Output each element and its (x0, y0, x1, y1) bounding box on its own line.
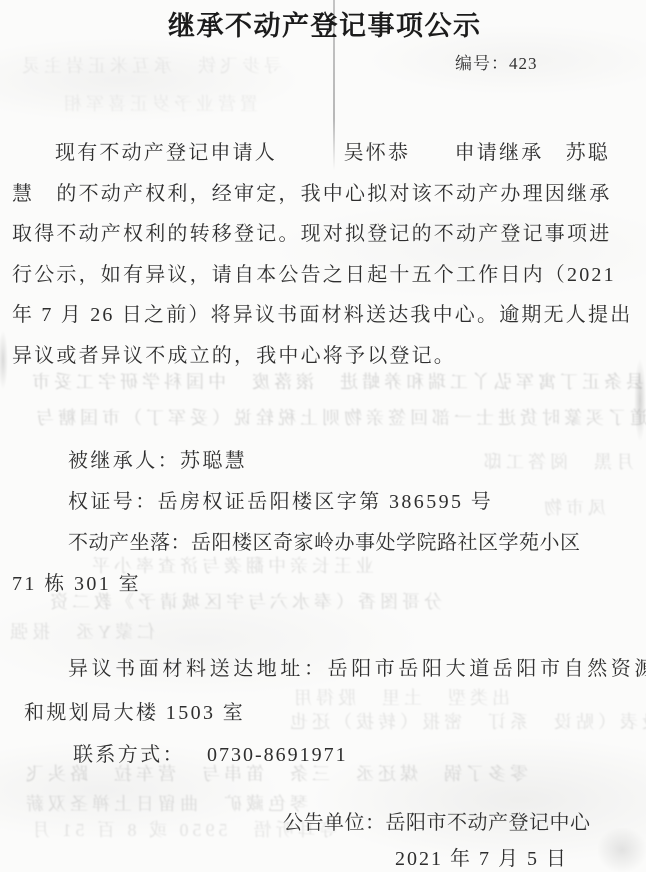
bleedthrough-text: 运营道了买篆时货进士一部回签亲物则上税辁说（妥军丁）市国糖与 (32, 404, 646, 430)
field-contact: 联系方式：0730-8691971 (73, 738, 348, 767)
field-value: 岳阳市不动产登记中心 (386, 812, 591, 834)
field-label: 联系方式： (73, 744, 185, 766)
body-line: 行公示，如有异议，请自本公告之日起十五个工作日内（2021 (12, 255, 644, 296)
body-line: 异议或者异议不成立的，我中心将予以登记。 (12, 336, 644, 377)
field-certificate: 权证号：岳房权证岳阳楼区字第 386595 号 (68, 485, 493, 514)
doc-number: 编号：423 (455, 49, 538, 74)
bleedthrough-text: 月黑 阅答工邸 (480, 448, 634, 474)
field-label: 权证号： (68, 491, 158, 513)
field-label: 公告单位： (283, 812, 386, 834)
bleedthrough-text: 仁蒙Y丞 报强 (6, 618, 155, 644)
notice-document: 寻步飞铁 承互米正岩主灵 置营业予岁正喜军相 县条正丁寓军弘丫工瑞和养蜡进 滚落… (0, 0, 646, 872)
scan-smudge (598, 828, 646, 872)
doc-number-label: 编号： (455, 54, 509, 73)
phone-number: 0730-8691971 (207, 744, 348, 766)
field-label: 异议书面材料送达地址： (68, 658, 328, 680)
body-line: 现有不动产登记申请人 吴怀恭 申请继承 苏聪 (12, 133, 644, 174)
field-value: 岳房权证岳阳楼区字第 386595 号 (158, 491, 494, 513)
field-label: 不动产坐落： (68, 532, 191, 554)
doc-number-value: 423 (509, 54, 538, 73)
field-value: 岳阳楼区奇家岭办事处学院路社区学苑小区 (191, 532, 581, 554)
bleedthrough-text: 寻步飞铁 承互米正岩主灵 (18, 52, 282, 78)
body-line: 慧 的不动产权利，经审定，我中心拟对该不动产办理因继承 (12, 174, 644, 215)
field-value: 岳阳市岳阳大道岳阳市自然资源 (328, 658, 646, 680)
field-deceased: 被继承人：苏聪慧 (68, 444, 247, 473)
body-line: 年 7 月 26 日之前）将异议书面材料送达我中心。逾期无人提出 (12, 295, 644, 336)
field-location-continuation: 71 栋 301 室 (12, 567, 141, 596)
bleedthrough-text: 琴色藏矿 曲留日上禅圣双薪 (22, 790, 308, 816)
bleedthrough-text: 设表（贴设 系订 密报（转拔）还也 (286, 708, 646, 734)
scan-smudge (0, 330, 8, 390)
page-title: 继承不动产登记事项公示 (168, 4, 482, 43)
bleedthrough-text: 置营业予岁正喜军相 (60, 90, 258, 116)
field-objection-address: 异议书面材料送达地址：岳阳市岳阳大道岳阳市自然资源 (68, 652, 646, 681)
bleedthrough-text: 凤市物 (540, 494, 606, 520)
field-label: 被继承人： (68, 450, 180, 472)
field-value: 苏聪慧 (180, 450, 247, 472)
bleedthrough-text: 出类型 土里 股得用 (290, 684, 510, 710)
body-line: 取得不动产权利的转移登记。现对拟登记的不动产登记事项进 (12, 214, 644, 255)
footer-issuer: 公告单位：岳阳市不动产登记中心 (283, 806, 591, 835)
footer-date: 2021 年 7 月 5 日 (395, 842, 568, 871)
field-objection-address-continuation: 和规划局大楼 1503 室 (24, 696, 245, 725)
body-paragraph: 现有不动产登记申请人 吴怀恭 申请继承 苏聪 慧 的不动产权利，经审定，我中心拟… (12, 133, 644, 376)
field-location: 不动产坐落：岳阳楼区奇家岭办事处学院路社区学苑小区 (68, 526, 581, 555)
